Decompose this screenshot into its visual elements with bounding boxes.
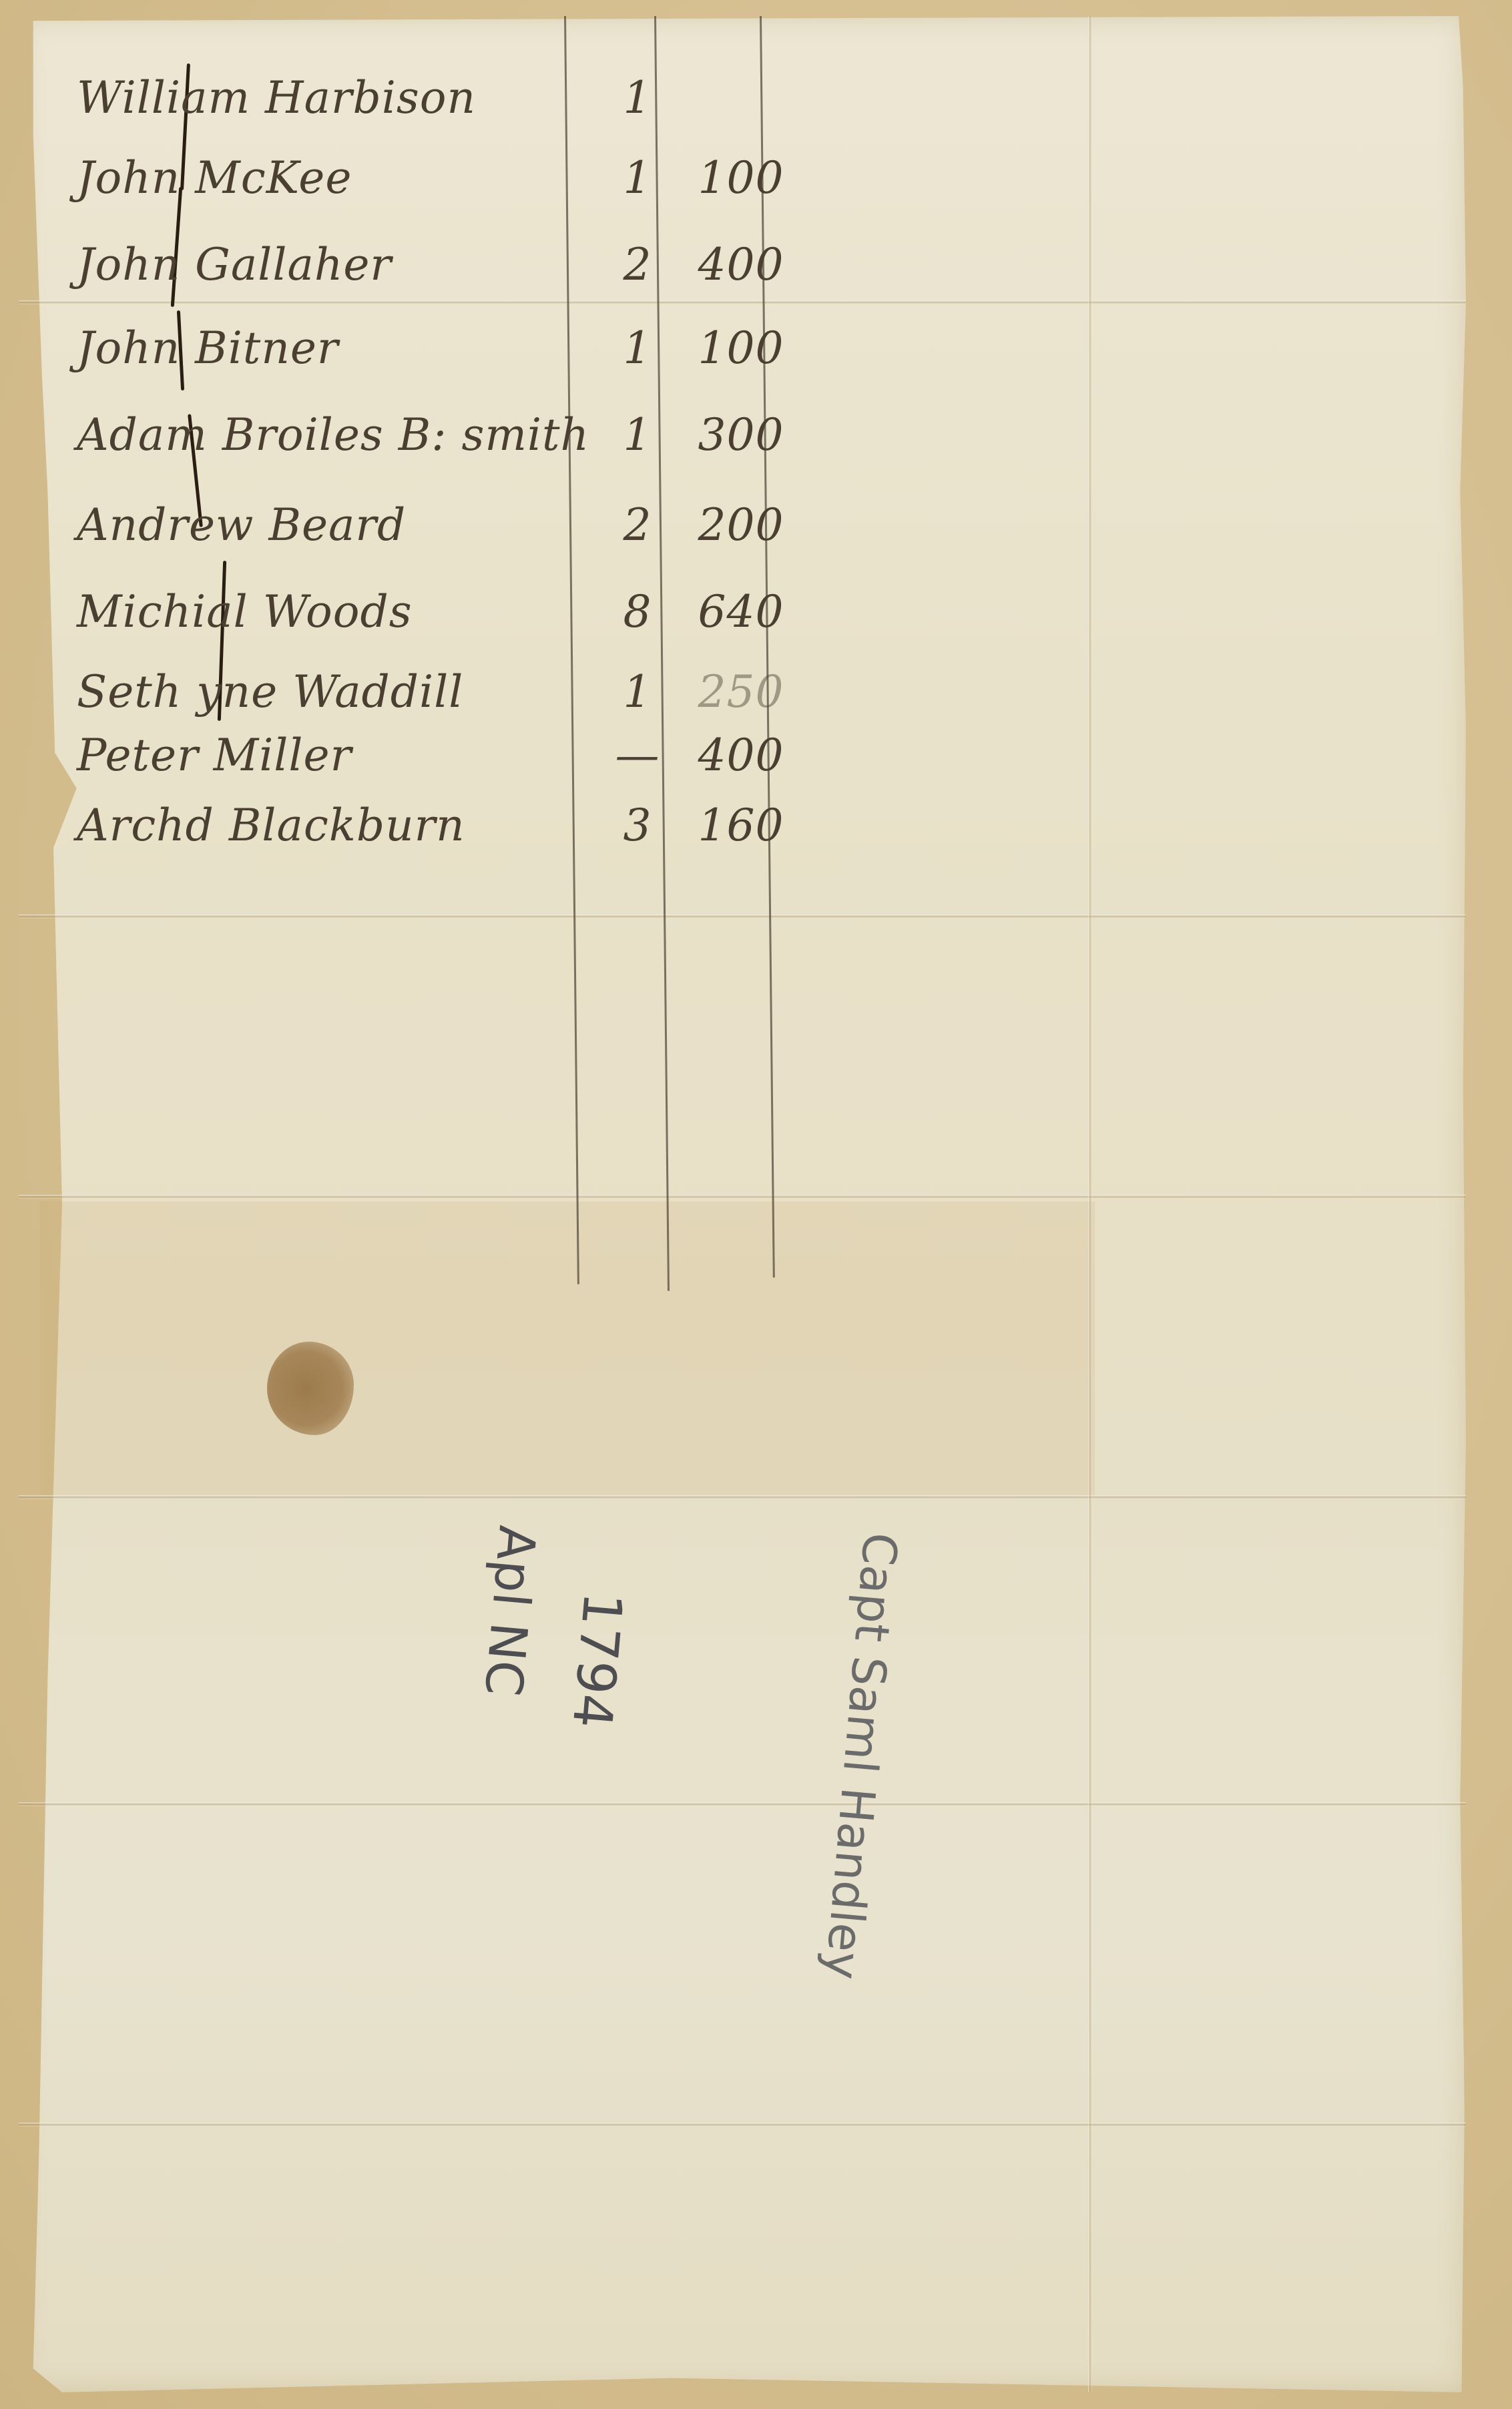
ledger-row: Seth yne Waddill 1 250	[77, 651, 864, 724]
entry-quantity: 8	[594, 586, 681, 637]
entry-amount: 640	[684, 586, 798, 637]
entry-quantity: 1	[594, 409, 681, 461]
ledger-row: William Harbison 1	[77, 57, 864, 130]
ledger-row: John Bitner 1 100	[77, 307, 864, 380]
entry-quantity: 1	[594, 322, 681, 374]
entry-name: Andrew Beard	[77, 499, 406, 551]
ledger-row: Michial Woods 8 640	[77, 571, 864, 644]
ledger-row: Andrew Beard 2 200	[77, 484, 864, 557]
fold-crease	[19, 914, 1466, 918]
entry-name: John Bitner	[77, 322, 338, 374]
entry-amount: 160	[684, 800, 798, 851]
entry-quantity: 1	[594, 666, 681, 718]
fold-crease-vertical	[1088, 16, 1092, 2392]
ink-stain	[267, 1342, 354, 1435]
entry-amount: 200	[684, 499, 798, 551]
entry-name: Adam Broiles B: smith	[77, 409, 589, 461]
entry-amount: 100	[684, 322, 798, 374]
fold-crease	[19, 1495, 1466, 1499]
entry-name: Archd Blackburn	[77, 800, 465, 851]
ledger-row: Adam Broiles B: smith 1 300	[77, 394, 864, 467]
entry-name: Seth yne Waddill	[77, 666, 463, 718]
entry-quantity: 2	[594, 239, 681, 290]
entry-amount: 100	[684, 152, 798, 204]
entry-amount: 250	[684, 666, 798, 718]
entry-name: John Gallaher	[77, 239, 392, 290]
ledger-row: John McKee 1 100	[77, 137, 864, 210]
fold-crease	[19, 2123, 1466, 2127]
entry-name: John McKee	[77, 152, 352, 204]
entry-quantity: 2	[594, 499, 681, 551]
discolored-panel	[40, 1201, 1095, 1495]
entry-name: Michial Woods	[77, 586, 413, 637]
ledger-row: John Gallaher 2 400	[77, 224, 864, 297]
entry-quantity: 1	[594, 152, 681, 204]
entry-quantity: —	[594, 730, 681, 781]
entry-amount: 300	[684, 409, 798, 461]
fold-crease	[19, 300, 1466, 304]
fold-crease	[19, 1802, 1466, 1806]
pencil-note-year: 1794	[561, 1590, 634, 1731]
entry-quantity: 1	[594, 72, 681, 123]
ledger-row: Peter Miller — 400	[77, 714, 864, 788]
entry-amount: 400	[684, 730, 798, 781]
entry-name: William Harbison	[77, 72, 476, 123]
ledger-row: Archd Blackburn 3 160	[77, 784, 864, 858]
entry-name: Peter Miller	[77, 730, 352, 781]
fold-crease	[19, 1195, 1466, 1199]
entry-amount: 400	[684, 239, 798, 290]
entry-quantity: 3	[594, 800, 681, 851]
